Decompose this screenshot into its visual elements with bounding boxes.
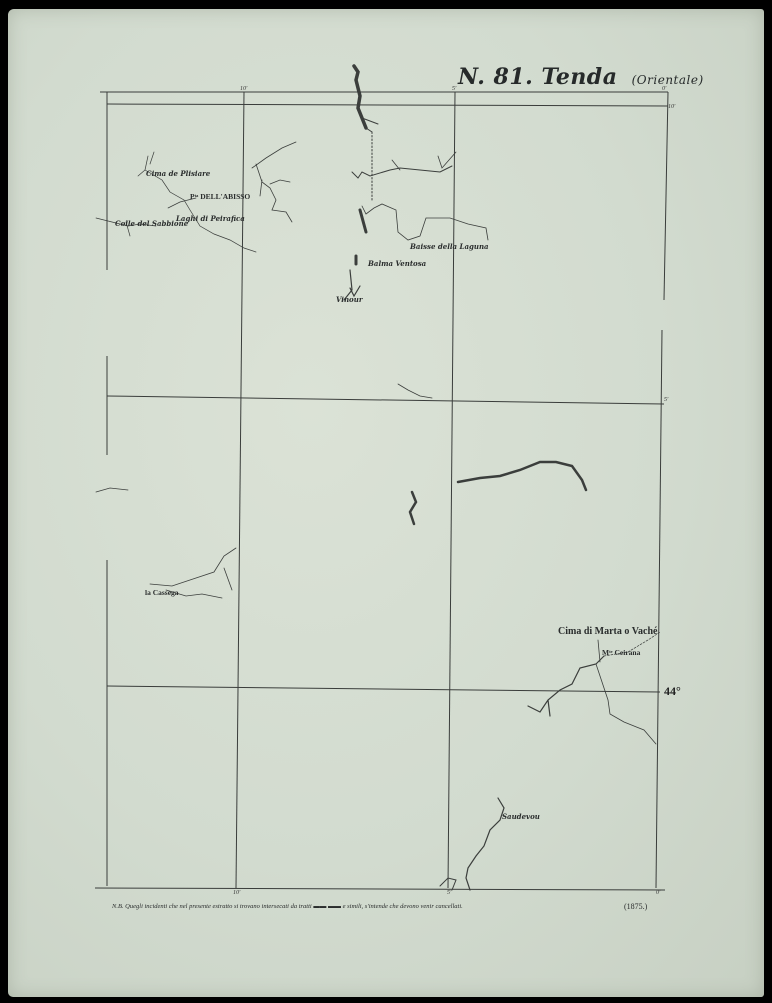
grid-line-10 — [236, 92, 244, 888]
title-name: Tenda — [541, 64, 617, 90]
frame-bottom-line — [95, 888, 665, 890]
year-label: (1875.) — [624, 902, 647, 911]
place-label: Mᵗᵉ Ceirana — [602, 648, 640, 657]
place-label: Vinour — [336, 295, 363, 304]
place-label: la Cassega — [145, 588, 179, 597]
map-linework — [0, 0, 772, 1003]
place-label: Baisse della Laguna — [410, 242, 489, 251]
place-label: Pᵗᵃ DELL'ABISSO — [190, 192, 250, 201]
place-label: Saudevou — [502, 812, 540, 821]
sheet-title: N. 81. Tenda (Orientale) — [458, 64, 704, 90]
right-tick-5: 5' — [664, 397, 668, 403]
grid-line-5 — [448, 92, 455, 888]
bottom-tick-10: 10' — [233, 890, 240, 896]
title-sub: (Orientale) — [632, 73, 704, 87]
place-label: Balma Ventosa — [368, 259, 426, 268]
right-tick-10: 10' — [668, 104, 675, 110]
grid-line-lat-5 — [107, 396, 664, 404]
latitude-44-label: 44° — [664, 684, 681, 699]
title-number: N. 81. — [458, 64, 533, 90]
top-tick-5: 5' — [452, 86, 456, 92]
bottom-tick-5: 5' — [447, 890, 451, 896]
place-label: Cima di Marta o Vaché — [558, 626, 657, 637]
place-label: Cima de Plisiare — [146, 169, 210, 178]
footnote: N.B. Quegli incidenti che nel presente e… — [112, 903, 463, 910]
grid-line-lat-44 — [107, 686, 660, 692]
top-tick-0: 0' — [662, 86, 666, 92]
place-label: Laghi di Peirafica — [176, 214, 245, 223]
top-tick-10: 10' — [240, 86, 247, 92]
bottom-tick-0: 0' — [656, 890, 660, 896]
